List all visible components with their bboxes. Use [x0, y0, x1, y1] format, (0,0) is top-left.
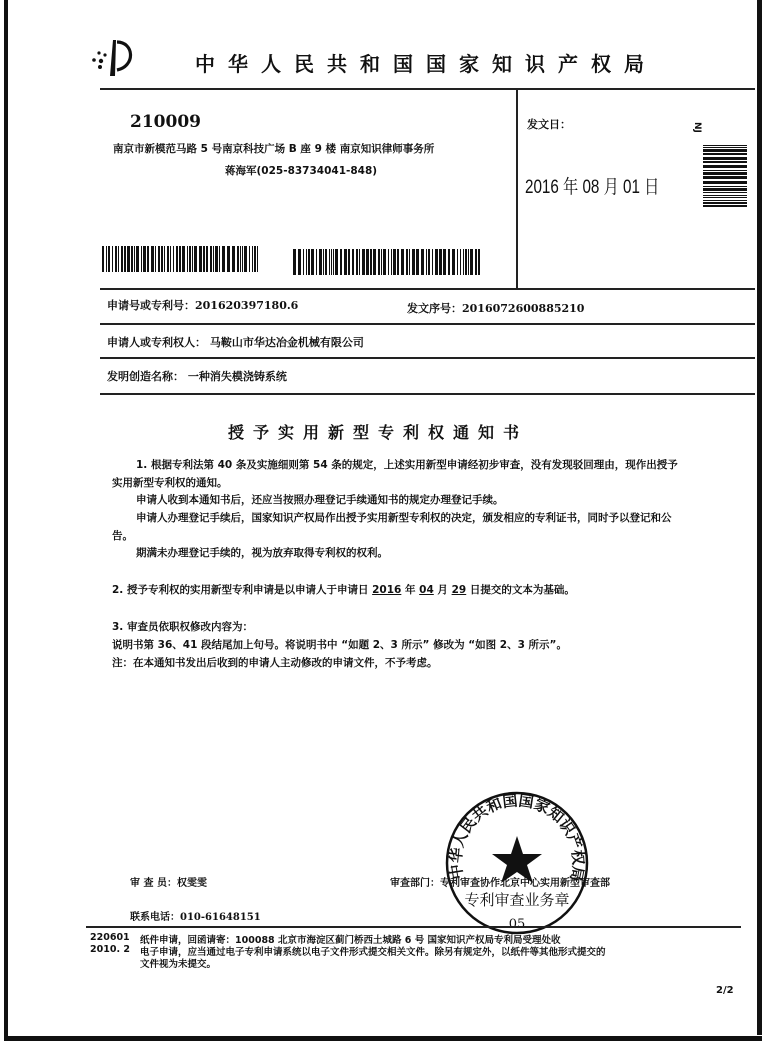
office-name: 中华人民共和国国家知识产权局 [195, 48, 657, 77]
side-code: NJ [692, 122, 702, 133]
cnipa-logo-icon [88, 36, 140, 78]
filing-month-suffix: 月 [434, 584, 452, 596]
examiner-label: 审 查 员： [130, 878, 177, 889]
barcode-left [102, 246, 260, 272]
paragraph-amendment: 说明书第 36、41 段结尾加上句号。将说明书中 “如题 2、3 所示” 修改为… [112, 637, 680, 655]
filing-day: 29 [452, 584, 467, 596]
rule-2 [100, 323, 755, 325]
footer-line-3: 文件视为未提交。 [140, 956, 216, 970]
footer-rule [86, 926, 741, 928]
phone-label: 联系电话： [130, 912, 180, 923]
issue-date: 2016 年 08 月 01 日 [525, 172, 659, 199]
rule-1 [100, 288, 755, 290]
filing-date-suffix: 日提交的文本为基础。 [466, 584, 575, 596]
issue-date-label: 发文日： [527, 116, 571, 132]
examiner-name: 权雯雯 [177, 878, 207, 889]
application-number-field: 申请号或专利号：201620397180.6 [107, 297, 298, 313]
invention-field: 发明创造名称： 一种消失模浇铸系统 [107, 368, 287, 384]
recipient-contact: 蒋海军(025-83734041-848) [225, 163, 377, 178]
paragraph-2: 申请人收到本通知书后，还应当按照办理登记手续通知书的规定办理登记手续。 [112, 492, 680, 510]
notice-title: 授予实用新型专利权通知书 [228, 420, 528, 443]
applicant-label: 申请人或专利权人： [107, 336, 206, 349]
postcode: 210009 [130, 112, 201, 132]
recipient-address: 南京市新模范马路 5 号南京科技广场 B 座 9 楼 南京知识律师事务所 [113, 141, 434, 156]
invention-label: 发明创造名称： [107, 370, 184, 383]
form-code: 220601 [90, 932, 130, 943]
serial-number-field: 发文序号：2016072600885210 [407, 300, 584, 316]
barcode-right [293, 249, 480, 275]
filing-year-suffix: 年 [401, 584, 419, 596]
page-border-left [4, 0, 8, 1040]
paragraph-amendment-heading: 3. 审查员依职权修改内容为： [112, 619, 680, 637]
serial-number: 2016072600885210 [462, 302, 584, 315]
side-barcode [703, 145, 747, 207]
filing-month: 04 [419, 584, 434, 596]
application-number: 201620397180.6 [195, 299, 298, 312]
paragraph-note: 注：在本通知书发出后收到的申请人主动修改的申请文件，不予考虑。 [112, 655, 680, 673]
header-divider [516, 90, 518, 290]
page-number: 2/2 [716, 985, 734, 996]
serial-number-label: 发文序号： [407, 302, 462, 315]
paragraph-filing-date: 2. 授予专利权的实用新型专利申请是以申请人于申请日 2016 年 04 月 2… [112, 582, 680, 600]
applicant-name: 马鞍山市华达冶金机械有限公司 [210, 336, 364, 349]
paragraph-3: 申请人办理登记手续后，国家知识产权局作出授予实用新型专利权的决定，颁发相应的专利… [112, 510, 680, 545]
applicant-field: 申请人或专利权人： 马鞍山市华达冶金机械有限公司 [107, 334, 364, 350]
filing-date-prefix: 2. 授予专利权的实用新型专利申请是以申请人于申请日 [112, 584, 372, 596]
form-date: 2010. 2 [90, 944, 130, 955]
department-label: 审查部门： [390, 878, 440, 889]
rule-4 [100, 393, 755, 395]
phone-field: 联系电话：010-61648151 [130, 908, 261, 923]
filing-year: 2016 [372, 584, 401, 596]
page-border-bottom [4, 1036, 762, 1041]
rule-3 [100, 357, 755, 359]
paragraph-4: 期满未办理登记手续的，视为放弃取得专利权的权利。 [112, 545, 680, 563]
page-border-right [757, 0, 762, 1035]
application-number-label: 申请号或专利号： [107, 299, 195, 312]
examiner-field: 审 查 员：权雯雯 [130, 874, 207, 889]
svg-text:专利审查业务章: 专利审查业务章 [464, 891, 569, 909]
invention-name: 一种消失模浇铸系统 [188, 370, 287, 383]
phone-number: 010-61648151 [180, 912, 261, 923]
official-seal-icon: 中华人民共和国国家知识产权局 专利审查业务章 05 [442, 788, 592, 938]
paragraph-1: 1. 根据专利法第 40 条及实施细则第 54 条的规定，上述实用新型申请经初步… [112, 457, 680, 492]
header-rule [100, 88, 755, 90]
svg-text:05: 05 [509, 917, 526, 932]
